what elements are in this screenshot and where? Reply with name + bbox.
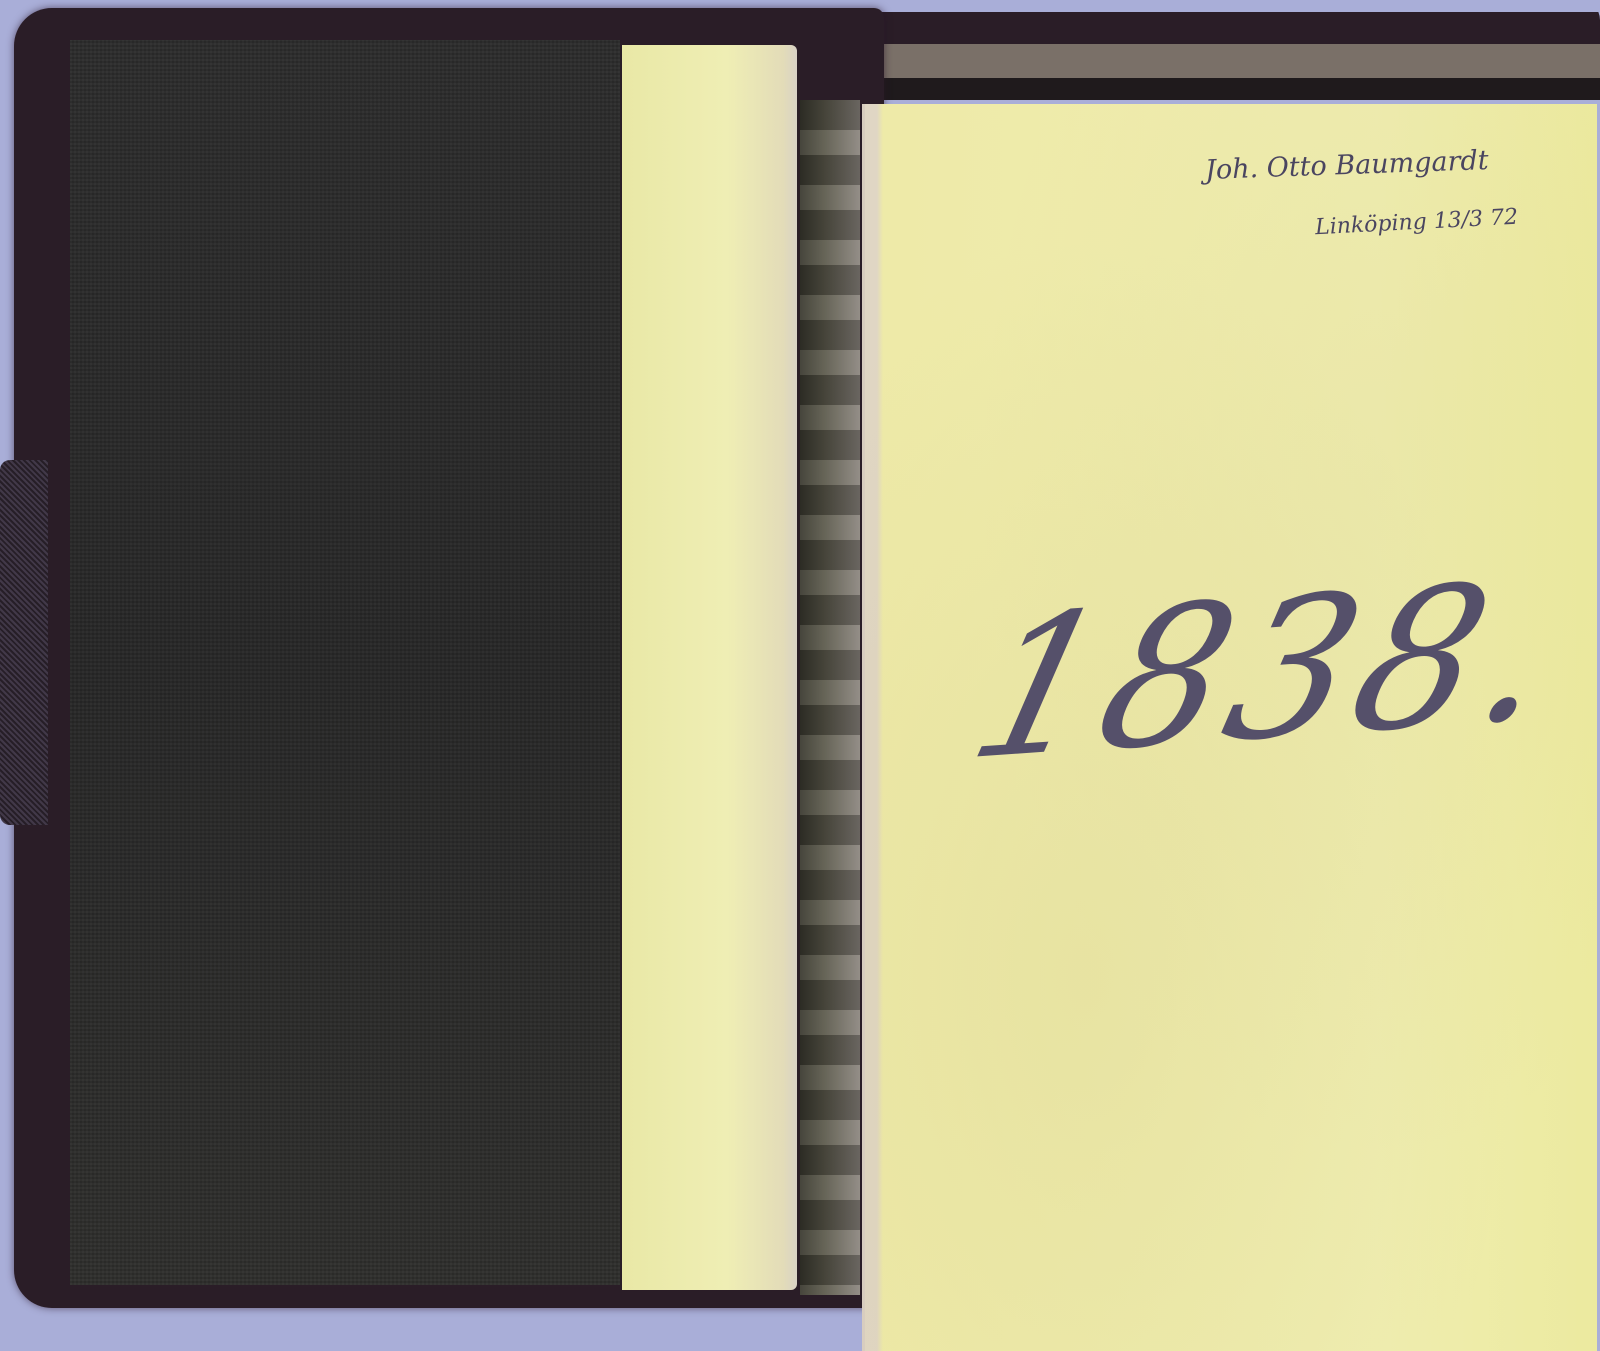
- closure-strap: [0, 460, 48, 825]
- year-inscription: 1838.: [953, 538, 1582, 804]
- inside-cover-cloth: [70, 40, 620, 1285]
- spine-gutter: [800, 100, 860, 1295]
- flyleaf-page: [622, 45, 797, 1290]
- back-cover-edge: [780, 0, 1600, 100]
